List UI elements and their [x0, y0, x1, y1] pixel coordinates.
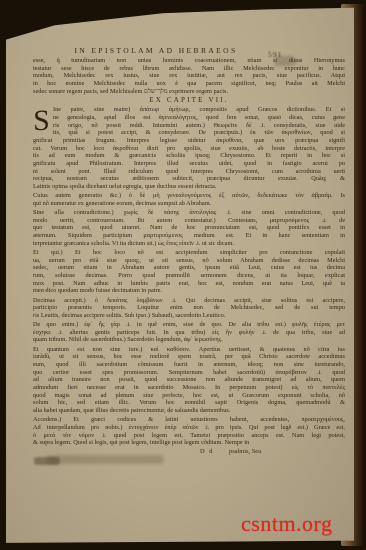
page-number-smudge — [274, 56, 296, 66]
annotation-et-quantum: Et quantum est non sine iure.) καὶ καθόσ… — [33, 346, 345, 415]
dropcap-initial: S — [33, 107, 50, 136]
text-line: Decimas accepit.) ὁ δεκάτας λαμβάνων .i.… — [33, 297, 345, 305]
text-line: έσχηκε .i. alterius gentis particeps fui… — [33, 329, 345, 337]
text-line: admodum fieri necesse erat in sacerdotio… — [33, 384, 345, 392]
ink-bleed-smudge — [46, 455, 164, 464]
text-line: Sine ulla contradictione.) χωρὶς δὲ πάση… — [33, 209, 345, 217]
text-line: cat. Verum hoc loco ἀκροθίνια dixit pro … — [33, 145, 345, 153]
text-line: ad alium transire non possit, quod succe… — [33, 376, 345, 384]
annotation-sine-patre: SIne patre, sine matre) ἀπάτωρ ἀμήτωρ, c… — [33, 106, 345, 191]
text-line: gnificatu apud Philostratum. Interpres i… — [33, 160, 345, 168]
text-line: ris Leuitis, decimas accipere solitis. S… — [33, 312, 345, 320]
ink-stamp-smudge — [34, 457, 60, 465]
text-line: recipua, nostram secutus æditionem subie… — [33, 175, 345, 183]
text-line: gnificat primitias frugum. Interpres leg… — [33, 137, 345, 145]
text-line: in hoc nomine Melchisedec nulla uox è qu… — [33, 80, 345, 88]
text-line: terpretantur græcanica scholia. Vt ita d… — [33, 240, 345, 248]
text-line: quo certior esset spes promissorum. Semp… — [33, 369, 345, 377]
text-line: æternum. Siquidem participium μαρτυρούμε… — [33, 232, 345, 240]
book-photograph: IN EPISTOLAM AD HEBRAEOS 591 esse, q̃ tu… — [0, 0, 366, 550]
annotation-cuius-generatio: Cuius autem generatio &c.) ὁ δὲ μὴ γενεα… — [33, 192, 345, 207]
text-line: quod magis sonat ad plenum siue perfecte… — [33, 392, 345, 400]
text-line: quo testatum est, quod uiueret. Nam de h… — [33, 224, 345, 232]
annotation-accedens: Accedens.) Et græci codices & latini uet… — [33, 416, 345, 447]
annotation-de-quo-enim: De quo enim.) ἐφ᾽ ἧς γὰρ .i. in quẽ enim… — [33, 321, 345, 344]
text-line: alia habet quædam, quæ illius decretis p… — [33, 407, 345, 415]
text-line: modo uertit, controuersiam. Ibi autem co… — [33, 217, 345, 225]
gathering-signature: D d — [200, 448, 214, 456]
text-line: sedec, uerum etiam in Abraham autore gen… — [33, 264, 345, 272]
text-line: quam tribum. Nihil de sacerdotibus.) Sac… — [33, 336, 345, 344]
annotation-decimas-accepit: Decimas accepit.) ὁ δεκάτας λαμβάνων .i.… — [33, 297, 345, 320]
text-line: qui nõ numeratur ex generatione eorum, d… — [33, 200, 345, 208]
text-line: mox post. Nam adhuc in lumbis patris era… — [33, 280, 345, 288]
text-line: rum, soluisse decimas. Porro quod præmol… — [33, 272, 345, 280]
text-line: modum, Melchisedec rex iustus, siue rex … — [33, 72, 345, 80]
text-line: tis ad eum modum & græcanicis scholiis i… — [33, 152, 345, 160]
text-line: testatur sese hisce de rebus librum ædid… — [33, 65, 345, 73]
text-line: participio præsentis temporis. Loquitur … — [33, 304, 345, 312]
text-line: ris origo, nõ possit reddi. Intuemini au… — [33, 122, 345, 130]
text-line: Ad interpellandum pro nobis.) ἐντυγχάνει… — [33, 424, 345, 432]
text-line: EX CAPITE VII. — [33, 97, 345, 105]
text-line: ni solent poni. Illud ridiculum quod int… — [33, 168, 345, 176]
annotation-et-qui: Et qui.) Et hoc loco nõ est accipiendum … — [33, 249, 345, 295]
text-line: Et qui.) Et hoc loco nõ est accipiendum … — [33, 249, 345, 257]
text-line: ne genealogia, apud illos est ἀγενεαλόγη… — [33, 114, 345, 122]
text-line: iurãdũ, ut sit sensus, hoc esse meliorẽ … — [33, 353, 345, 361]
text-line: Et quantum est non sine iure.) καὶ καθόσ… — [33, 346, 345, 354]
text-line: esse, q̃ tumultuariam non unius hominis … — [33, 57, 345, 65]
text-line: eum, quod illi sacerdotium cõmissum fuer… — [33, 361, 345, 369]
text-line: Cuius autem generatio &c.) ὁ δὲ μὴ γενεα… — [33, 192, 345, 200]
text-line: ὁ μετὰ τὸν νόμον .i. quod post legem est… — [33, 432, 345, 440]
text-line: De quo enim.) ἐφ᾽ ἧς γὰρ .i. in quẽ enim… — [33, 321, 345, 329]
chapter-heading: EX CAPITE VII. — [33, 97, 345, 105]
watermark-text: csntm.org — [241, 511, 332, 537]
text-line: men dico quodam modo fuisse decimatum in… — [33, 287, 345, 295]
text-line: tis, quã si potest accipi, & consyderare… — [33, 129, 345, 137]
book-page: IN EPISTOLAM AD HEBRAEOS 591 esse, q̃ tu… — [6, 0, 354, 550]
text-line: Accedens.) Et græci codices & latini uet… — [33, 416, 345, 424]
continuation-paragraph: esse, q̃ tumultuariam non unius hominis … — [33, 57, 345, 96]
text-line: sedec sonare regem pacis, sed Melchisale… — [33, 88, 345, 96]
text-line: Latinis opima spolia dicebant uelut egre… — [33, 183, 345, 191]
text-block: esse, q̃ tumultuariam non unius hominis … — [33, 57, 345, 457]
text-line: & supra legem. Quod si legis, qui post l… — [33, 439, 345, 447]
text-line: ua, uerum pro etiã siue quoq;, ut sit se… — [33, 257, 345, 265]
catchword: psalmis, Seu — [229, 448, 261, 456]
text-line: solum hic, sed etiam illic. Verum hoc no… — [33, 399, 345, 407]
running-head-title: IN EPISTOLAM AD HEBRAEOS — [36, 46, 276, 55]
annotation-sine-contradictione: Sine ulla contradictione.) χωρὶς δὲ πάση… — [33, 209, 345, 248]
text-line: Ine patre, sine matre) ἀπάτωρ ἀμήτωρ, co… — [33, 106, 345, 114]
